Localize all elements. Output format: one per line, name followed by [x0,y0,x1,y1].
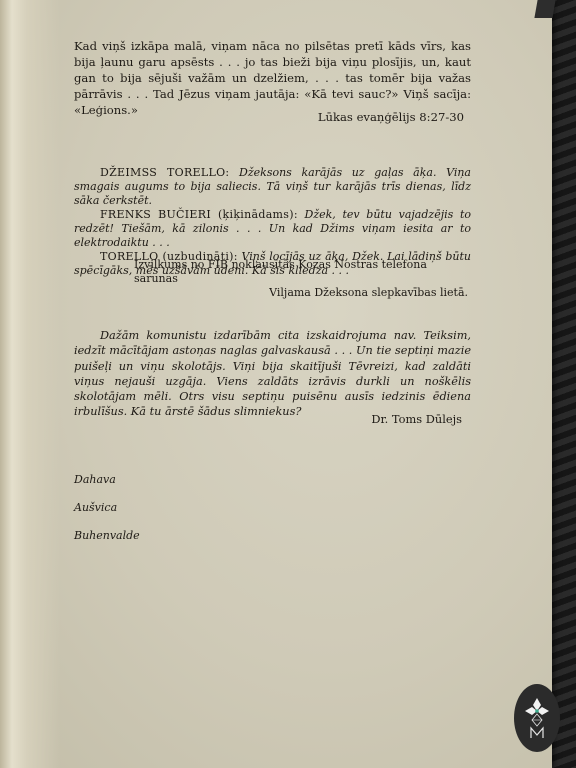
dialogue-speaker: FRENKS BUČIERI (ķiķinādams): [100,208,298,221]
quote-block: Dažām komunistu izdarībām cita izskaidro… [74,328,471,420]
dialogue-line: DŽEIMSS TORELLO: Džeksons karājās uz gaļ… [74,166,471,208]
flower-diamond-m-logo-icon [522,694,552,742]
torn-corner [534,0,555,18]
place-item: Buhenvalde [74,529,140,557]
dialogue-source: Izvilkums no FIB noklausītās Kozas Nostr… [120,258,468,300]
watermark-badge [514,684,560,752]
quote-text: Dažām komunistu izdarībām cita izskaidro… [74,328,471,420]
dialogue-line: FRENKS BUČIERI (ķiķinādams): Džek, tev b… [74,208,471,250]
dialogue-speaker: DŽEIMSS TORELLO: [100,166,229,179]
places-list: Dahava Aušvica Buhenvalde [74,473,140,557]
source-line-1: Izvilkums no FIB noklausītās Kozas Nostr… [120,258,468,286]
source-line-2: Viljama Džeksona slepkavības lietā. [120,286,468,300]
place-item: Dahava [74,473,140,501]
place-item: Aušvica [74,501,140,529]
book-page: Kad viņš izkāpa malā, viņam nāca no pils… [0,0,552,768]
quote-author: Dr. Toms Dūlejs [300,412,462,426]
epigraph-citation: Lūkas evaņģēlijs 8:27-30 [300,110,464,124]
epigraph-text: Kad viņš izkāpa malā, viņam nāca no pils… [74,38,471,118]
